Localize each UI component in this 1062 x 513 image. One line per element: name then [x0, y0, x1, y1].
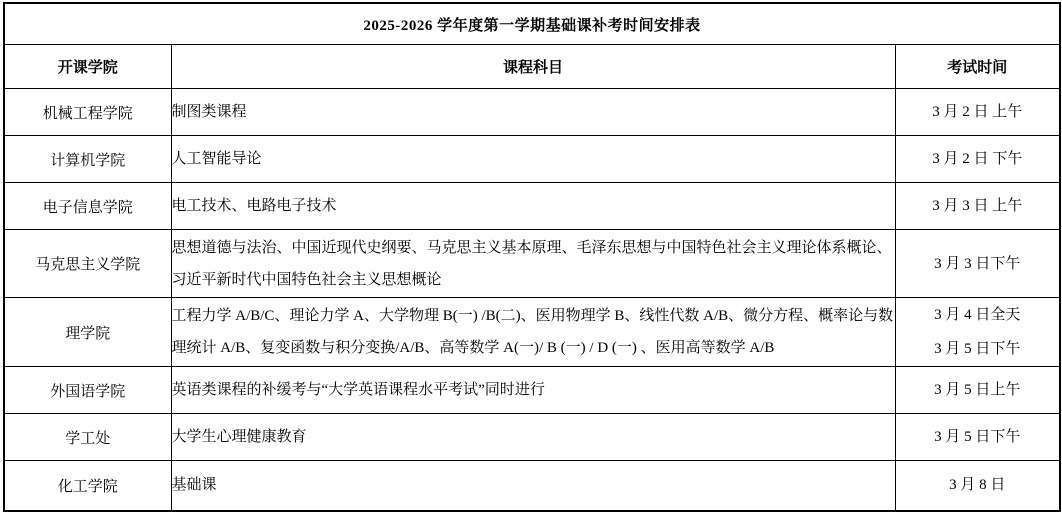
exam-time-cell: 3 月 5 日上午 [895, 367, 1060, 414]
table-title-row: 2025-2026 学年度第一学期基础课补考时间安排表 [4, 3, 1060, 45]
exam-time-cell: 3 月 5 日下午 [895, 414, 1060, 461]
college-cell: 学工处 [4, 414, 171, 461]
college-cell: 理学院 [4, 298, 171, 367]
courses-cell: 制图类课程 [171, 89, 895, 136]
exam-time-line: 3 月 3 日 上午 [896, 189, 1060, 223]
table-row: 电子信息学院电工技术、电路电子技术3 月 3 日 上午 [4, 183, 1060, 230]
exam-time-cell: 3 月 3 日下午 [895, 230, 1060, 298]
column-header-college: 开课学院 [4, 45, 171, 89]
courses-cell: 工程力学 A/B/C、理论力学 A、大学物理 B(一) /B(二)、医用物理学 … [171, 298, 895, 367]
table-row: 理学院工程力学 A/B/C、理论力学 A、大学物理 B(一) /B(二)、医用物… [4, 298, 1060, 367]
table-row: 马克思主义学院思想道德与法治、中国近现代史纲要、马克思主义基本原理、毛泽东思想与… [4, 230, 1060, 298]
exam-time-line: 3 月 2 日 下午 [896, 142, 1060, 176]
courses-cell: 思想道德与法治、中国近现代史纲要、马克思主义基本原理、毛泽东思想与中国特色社会主… [171, 230, 895, 298]
college-cell: 化工学院 [4, 461, 171, 511]
courses-cell: 基础课 [171, 461, 895, 511]
exam-time-line: 3 月 5 日下午 [896, 332, 1060, 366]
exam-schedule-table: 2025-2026 学年度第一学期基础课补考时间安排表 开课学院 课程科目 考试… [3, 2, 1061, 512]
page-title: 2025-2026 学年度第一学期基础课补考时间安排表 [4, 3, 1060, 45]
table-row: 学工处大学生心理健康教育3 月 5 日下午 [4, 414, 1060, 461]
courses-cell: 人工智能导论 [171, 136, 895, 183]
college-cell: 电子信息学院 [4, 183, 171, 230]
college-cell: 外国语学院 [4, 367, 171, 414]
table-row: 外国语学院英语类课程的补缓考与“大学英语课程水平考试”同时进行3 月 5 日上午 [4, 367, 1060, 414]
exam-time-line: 3 月 5 日下午 [896, 420, 1060, 454]
exam-time-cell: 3 月 2 日 下午 [895, 136, 1060, 183]
exam-schedule-document: 2025-2026 学年度第一学期基础课补考时间安排表 开课学院 课程科目 考试… [3, 2, 1059, 511]
column-header-courses: 课程科目 [171, 45, 895, 89]
exam-time-cell: 3 月 2 日 上午 [895, 89, 1060, 136]
exam-time-cell: 3 月 3 日 上午 [895, 183, 1060, 230]
college-cell: 计算机学院 [4, 136, 171, 183]
exam-time-cell: 3 月 4 日全天3 月 5 日下午 [895, 298, 1060, 367]
exam-time-line: 3 月 2 日 上午 [896, 95, 1060, 129]
exam-time-cell: 3 月 8 日 [895, 461, 1060, 511]
table-row: 计算机学院人工智能导论3 月 2 日 下午 [4, 136, 1060, 183]
courses-cell: 英语类课程的补缓考与“大学英语课程水平考试”同时进行 [171, 367, 895, 414]
column-header-time: 考试时间 [895, 45, 1060, 89]
courses-cell: 电工技术、电路电子技术 [171, 183, 895, 230]
table-body: 机械工程学院制图类课程3 月 2 日 上午计算机学院人工智能导论3 月 2 日 … [4, 89, 1060, 511]
table-header-row: 开课学院 课程科目 考试时间 [4, 45, 1060, 89]
exam-time-line: 3 月 3 日下午 [896, 247, 1060, 281]
college-cell: 马克思主义学院 [4, 230, 171, 298]
exam-time-line: 3 月 5 日上午 [896, 373, 1060, 407]
exam-time-line: 3 月 8 日 [896, 468, 1060, 502]
table-row: 机械工程学院制图类课程3 月 2 日 上午 [4, 89, 1060, 136]
courses-cell: 大学生心理健康教育 [171, 414, 895, 461]
exam-time-line: 3 月 4 日全天 [896, 298, 1060, 332]
college-cell: 机械工程学院 [4, 89, 171, 136]
table-row: 化工学院基础课3 月 8 日 [4, 461, 1060, 511]
